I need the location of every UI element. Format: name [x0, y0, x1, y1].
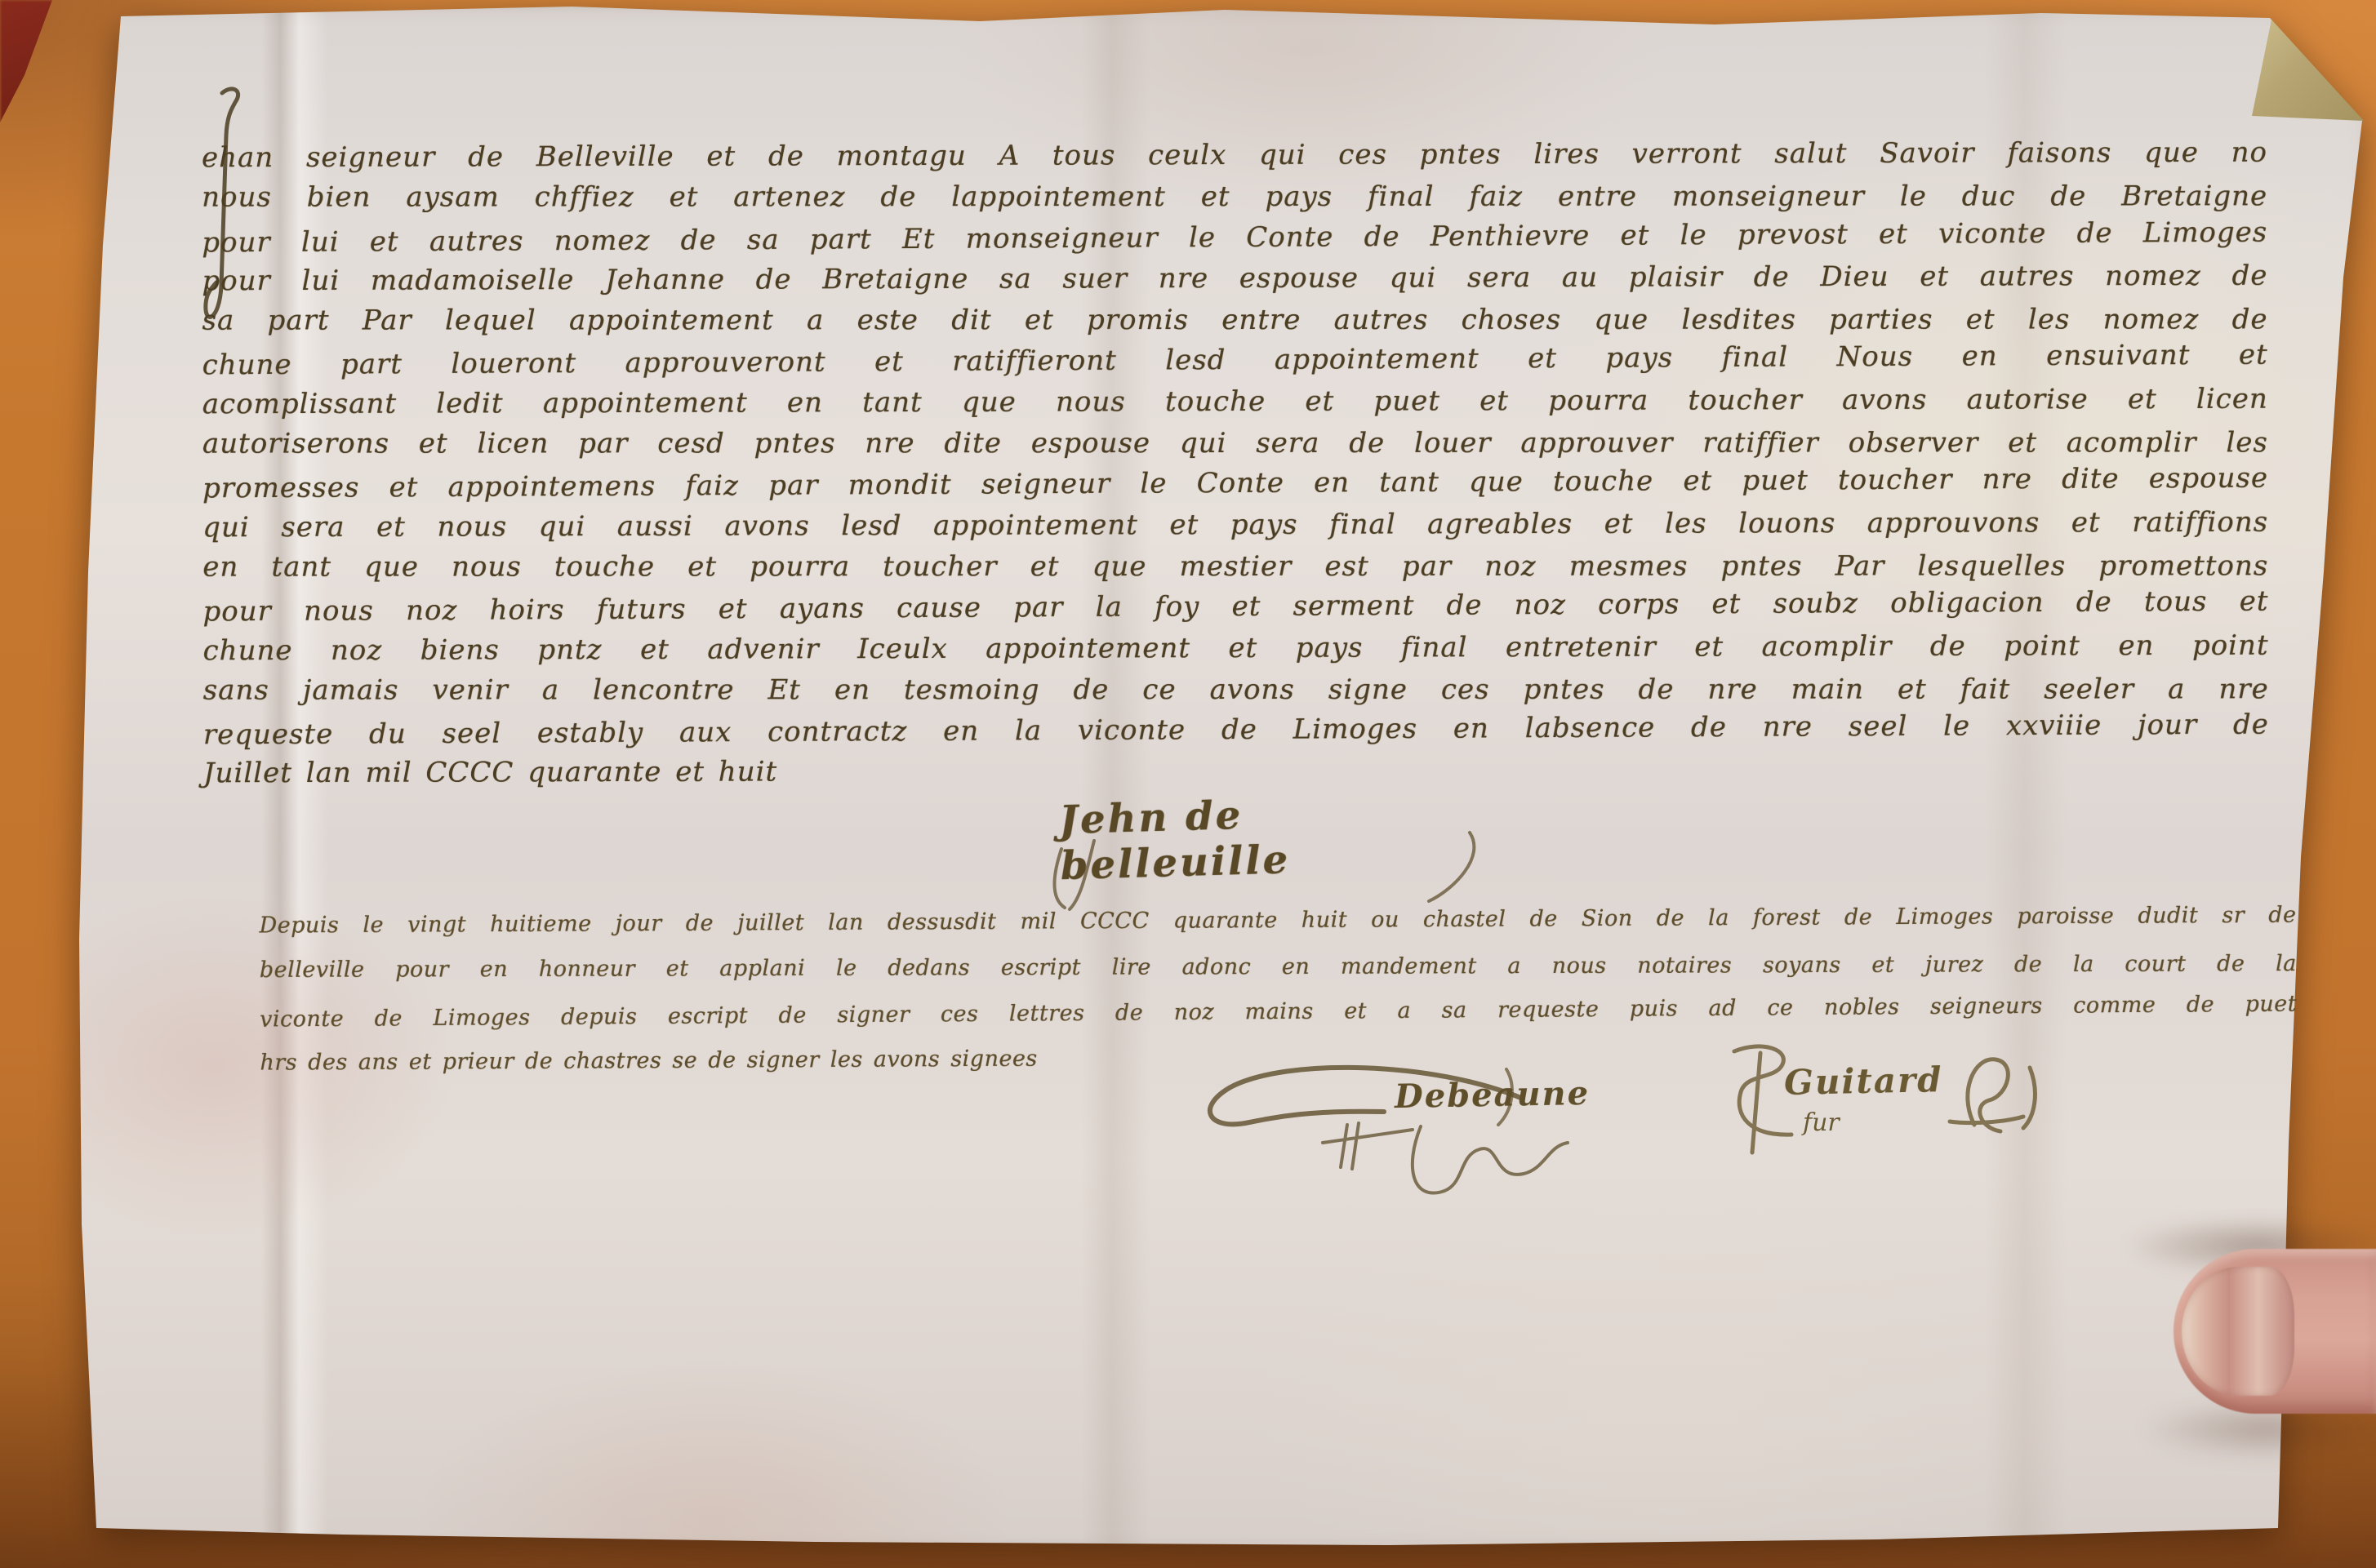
charter-text-line: autoriserons et licen par cesd pntes nre… [202, 422, 2268, 464]
charter-text-line: sans jamais venir a lencontre Et en tesm… [203, 669, 2269, 711]
notary-signature-guitard-sub: fur [1803, 1108, 1840, 1137]
notary-signature-debeaune: Debeaune [1395, 1074, 1591, 1116]
charter-text-line: sa part Par lequel appointement a este d… [202, 300, 2268, 342]
charter-text-line: ehan seigneur de Belleville et de montag… [202, 132, 2267, 179]
principal-signature: Jehn de belleuille [1059, 786, 1486, 889]
debeaune-paraph [1290, 1110, 1584, 1216]
charter-text-line: chune noz biens pntz et advenir Iceulx a… [203, 624, 2269, 671]
endorsement-text-line: hrs des ans et prieur de chastres se de … [260, 1029, 2297, 1086]
charter-text-line: acomplissant ledit appointement en tant … [202, 378, 2268, 424]
endorsement-text-block: Depuis le vingt huitieme jour de juillet… [259, 892, 2297, 1086]
charter-text-line: nous bien aysam chffiez et artenez de la… [202, 176, 2267, 219]
charter-text-line: Juillet lan mil CCCC quarante et huit [203, 748, 2269, 794]
charter-text-line: en tant que nous touche et pourra touche… [202, 545, 2268, 588]
charter-text-line: qui sera et nous qui aussi avons lesd ap… [202, 501, 2268, 548]
endorsement-text-line: Depuis le vingt huitieme jour de juillet… [259, 892, 2296, 948]
fingernail [2182, 1267, 2294, 1396]
photo-of-medieval-charter: { "photo": { "surface_color": "#c4772f",… [0, 0, 2376, 1568]
notary-signature-guitard: Guitard [1784, 1059, 1943, 1103]
charter-text-line: pour lui madamoiselle Jehanne de Bretaig… [202, 255, 2267, 302]
ink-layer: ehan seigneur de Belleville et de montag… [0, 0, 2376, 1568]
charter-text-block: ehan seigneur de Belleville et de montag… [202, 132, 2269, 794]
